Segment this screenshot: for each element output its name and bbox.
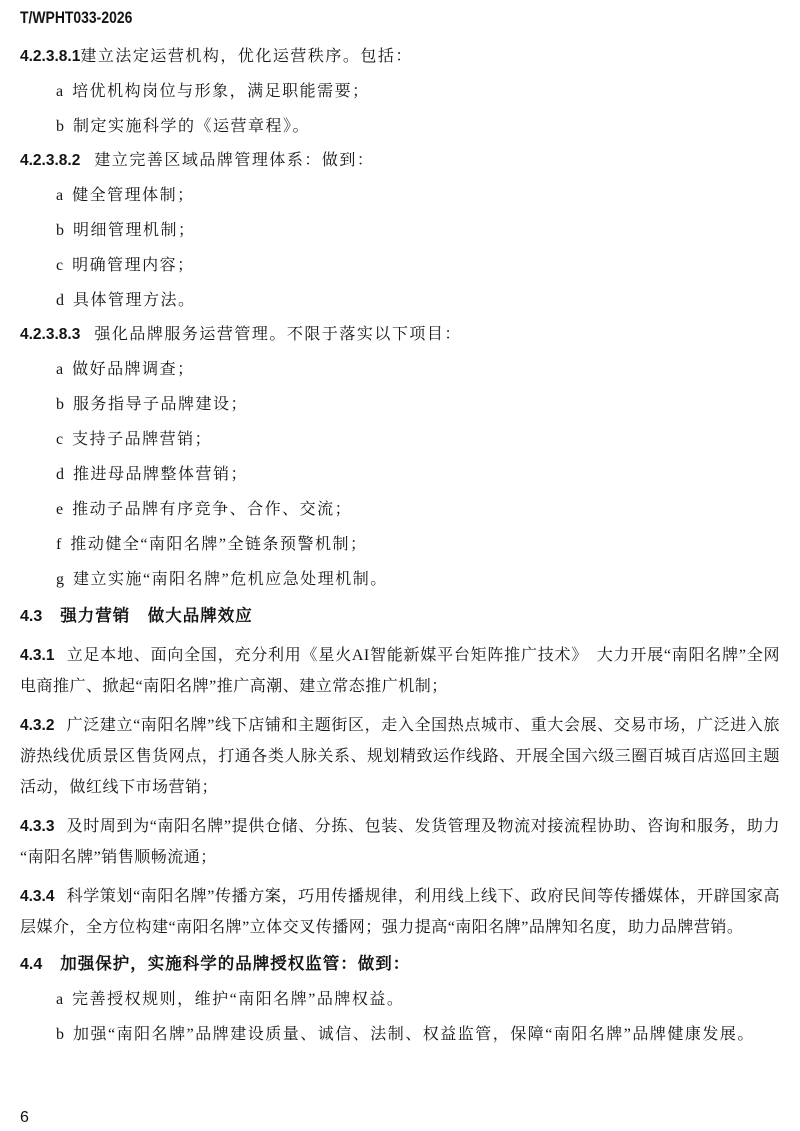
heading-number: 4.4 [20,956,42,973]
item-label: b [56,222,64,239]
item-label: f [56,536,61,553]
clause-number: 4.2.3.8.1 [20,48,80,65]
item-label: d [56,466,64,483]
list-item-b: b明细管理机制； [20,216,780,246]
list-item-f: f推动健全“南阳名牌”全链条预警机制； [20,530,780,560]
clause-text: 强化品牌服务运营管理。不限于落实以下项目： [94,326,462,343]
item-text: 明细管理机制； [73,222,196,239]
item-text: 推动健全“南阳名牌”全链条预警机制； [70,536,367,553]
item-label: b [56,118,64,135]
item-label: e [56,501,63,518]
paragraph-number: 4.3.3 [20,818,54,835]
item-text: 完善授权规则，维护“南阳名牌”品牌权益。 [72,991,404,1008]
paragraph-number: 4.3.1 [20,647,54,664]
section-heading-4-4: 4.4加强保护，实施科学的品牌授权监管：做到： [20,949,780,980]
item-label: c [56,431,63,448]
item-text: 推动子品牌有序竞争、合作、交流； [72,501,352,518]
clause-text: 建立法定运营机构，优化运营秩序。包括： [80,48,413,65]
item-text: 制定实施科学的《运营章程》。 [73,118,310,135]
clause-4-2-3-8-3: 4.2.3.8.3强化品牌服务运营管理。不限于落实以下项目： [20,320,780,350]
item-text: 明确管理内容； [72,257,195,274]
paragraph-4-3-2: 4.3.2广泛建立“南阳名牌”线下店铺和主题街区，走入全国热点城市、重大会展、交… [20,710,780,803]
item-label: g [56,571,64,588]
list-item-d: d具体管理方法。 [20,286,780,316]
heading-text: 强力营销 做大品牌效应 [60,607,253,625]
list-item-e: e推动子品牌有序竞争、合作、交流； [20,495,780,525]
item-label: a [56,187,63,204]
paragraph-text: 及时周到为“南阳名牌”提供仓储、分拣、包装、发货管理及物流对接流程协助、咨询和服… [20,818,780,866]
list-item-d: d推进母品牌整体营销； [20,460,780,490]
paragraph-4-3-3: 4.3.3及时周到为“南阳名牌”提供仓储、分拣、包装、发货管理及物流对接流程协助… [20,811,780,873]
clause-4-2-3-8-1: 4.2.3.8.1建立法定运营机构，优化运营秩序。包括： [20,42,780,72]
list-item-a: a健全管理体制； [20,181,780,211]
document-page: T/WPHT033-2026 4.2.3.8.1建立法定运营机构，优化运营秩序。… [0,0,800,1131]
paragraph-text: 科学策划“南阳名牌”传播方案，巧用传播规律，利用线上线下、政府民间等传播媒体，开… [20,888,780,936]
paragraph-text: 广泛建立“南阳名牌”线下店铺和主题街区，走入全国热点城市、重大会展、交易市场，广… [20,717,780,796]
item-text: 加强“南阳名牌”品牌建设质量、诚信、法制、权益监管，保障“南阳名牌”品牌健康发展… [73,1026,755,1043]
list-item-b: b制定实施科学的《运营章程》。 [20,112,780,142]
item-text: 培优机构岗位与形象，满足职能需要； [72,83,370,100]
clause-4-2-3-8-2: 4.2.3.8.2建立完善区域品牌管理体系：做到： [20,146,780,176]
item-text: 具体管理方法。 [73,292,196,309]
item-text: 服务指导子品牌建设； [73,396,248,413]
heading-text: 加强保护，实施科学的品牌授权监管：做到： [60,955,410,973]
document-code: T/WPHT033-2026 [20,8,643,28]
paragraph-number: 4.3.2 [20,717,54,734]
item-label: a [56,83,63,100]
page-number: 6 [20,1109,29,1127]
clause-number: 4.2.3.8.2 [20,152,80,169]
paragraph-text: 立足本地、面向全国，充分利用《星火AI智能新媒平台矩阵推广技术》 大力开展“南阳… [20,647,780,695]
list-item-b: b加强“南阳名牌”品牌建设质量、诚信、法制、权益监管，保障“南阳名牌”品牌健康发… [20,1020,780,1050]
list-item-a: a完善授权规则，维护“南阳名牌”品牌权益。 [20,985,780,1015]
item-label: b [56,1026,64,1043]
paragraph-number: 4.3.4 [20,888,54,905]
section-heading-4-3: 4.3强力营销 做大品牌效应 [20,601,780,632]
list-item-g: g建立实施“南阳名牌”危机应急处理机制。 [20,565,780,595]
list-item-a: a做好品牌调查； [20,355,780,385]
item-label: a [56,991,63,1008]
item-label: b [56,396,64,413]
item-label: d [56,292,64,309]
paragraph-4-3-4: 4.3.4科学策划“南阳名牌”传播方案，巧用传播规律，利用线上线下、政府民间等传… [20,881,780,943]
item-text: 建立实施“南阳名牌”危机应急处理机制。 [73,571,388,588]
clause-number: 4.2.3.8.3 [20,326,80,343]
item-text: 支持子品牌营销； [72,431,212,448]
item-label: a [56,361,63,378]
item-text: 做好品牌调查； [72,361,195,378]
item-text: 推进母品牌整体营销； [73,466,248,483]
list-item-c: c支持子品牌营销； [20,425,780,455]
list-item-a: a培优机构岗位与形象，满足职能需要； [20,77,780,107]
clause-text: 建立完善区域品牌管理体系：做到： [94,152,374,169]
list-item-b: b服务指导子品牌建设； [20,390,780,420]
list-item-c: c明确管理内容； [20,251,780,281]
item-label: c [56,257,63,274]
heading-number: 4.3 [20,608,42,625]
paragraph-4-3-1: 4.3.1立足本地、面向全国，充分利用《星火AI智能新媒平台矩阵推广技术》 大力… [20,640,780,702]
item-text: 健全管理体制； [72,187,195,204]
